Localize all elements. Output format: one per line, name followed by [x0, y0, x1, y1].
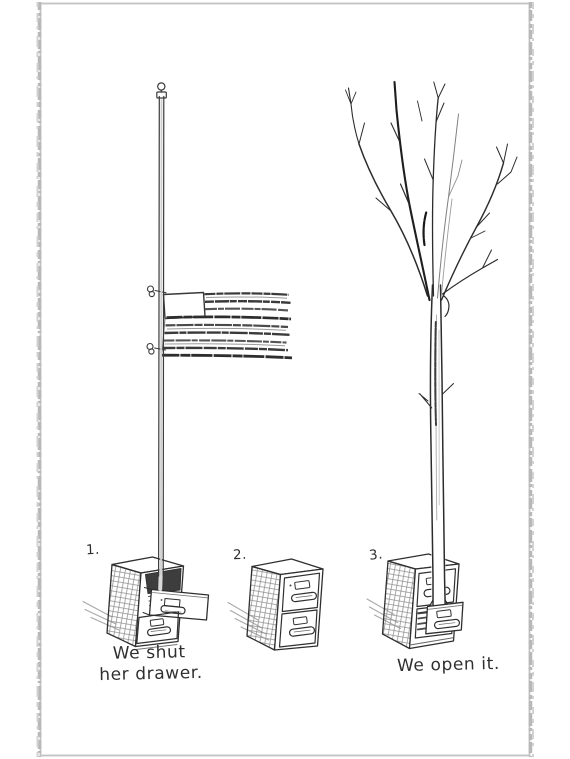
flagpole — [157, 83, 167, 589]
caption-line-1: We shut — [99, 642, 203, 665]
flag-half-mast — [147, 83, 292, 589]
trunk-shading — [435, 322, 436, 425]
panel-1-caption: We shut her drawer. — [99, 642, 203, 686]
pencil-drawing — [0, 0, 570, 759]
panel-3-number: 3. — [368, 546, 383, 563]
tree-drawing — [346, 82, 518, 607]
scanned-cartoon-page: 1. 2. 3. We shut her drawer. We open it. — [0, 0, 570, 759]
file-cabinet-2 — [228, 559, 323, 650]
pole-finial-ball — [158, 83, 165, 90]
american-flag — [147, 286, 292, 358]
panel-3-caption: We open it. — [397, 654, 500, 677]
panel-1-number: 1. — [86, 542, 100, 558]
trunk-twig-right — [443, 384, 454, 395]
pole-truck — [157, 92, 167, 98]
branches — [346, 82, 518, 300]
flag-canton — [164, 293, 206, 319]
file-cabinet-1 — [83, 557, 209, 650]
panel-2-number: 2. — [233, 547, 247, 563]
caption-line-2: her drawer. — [99, 663, 203, 686]
trunk-stub — [444, 296, 449, 317]
